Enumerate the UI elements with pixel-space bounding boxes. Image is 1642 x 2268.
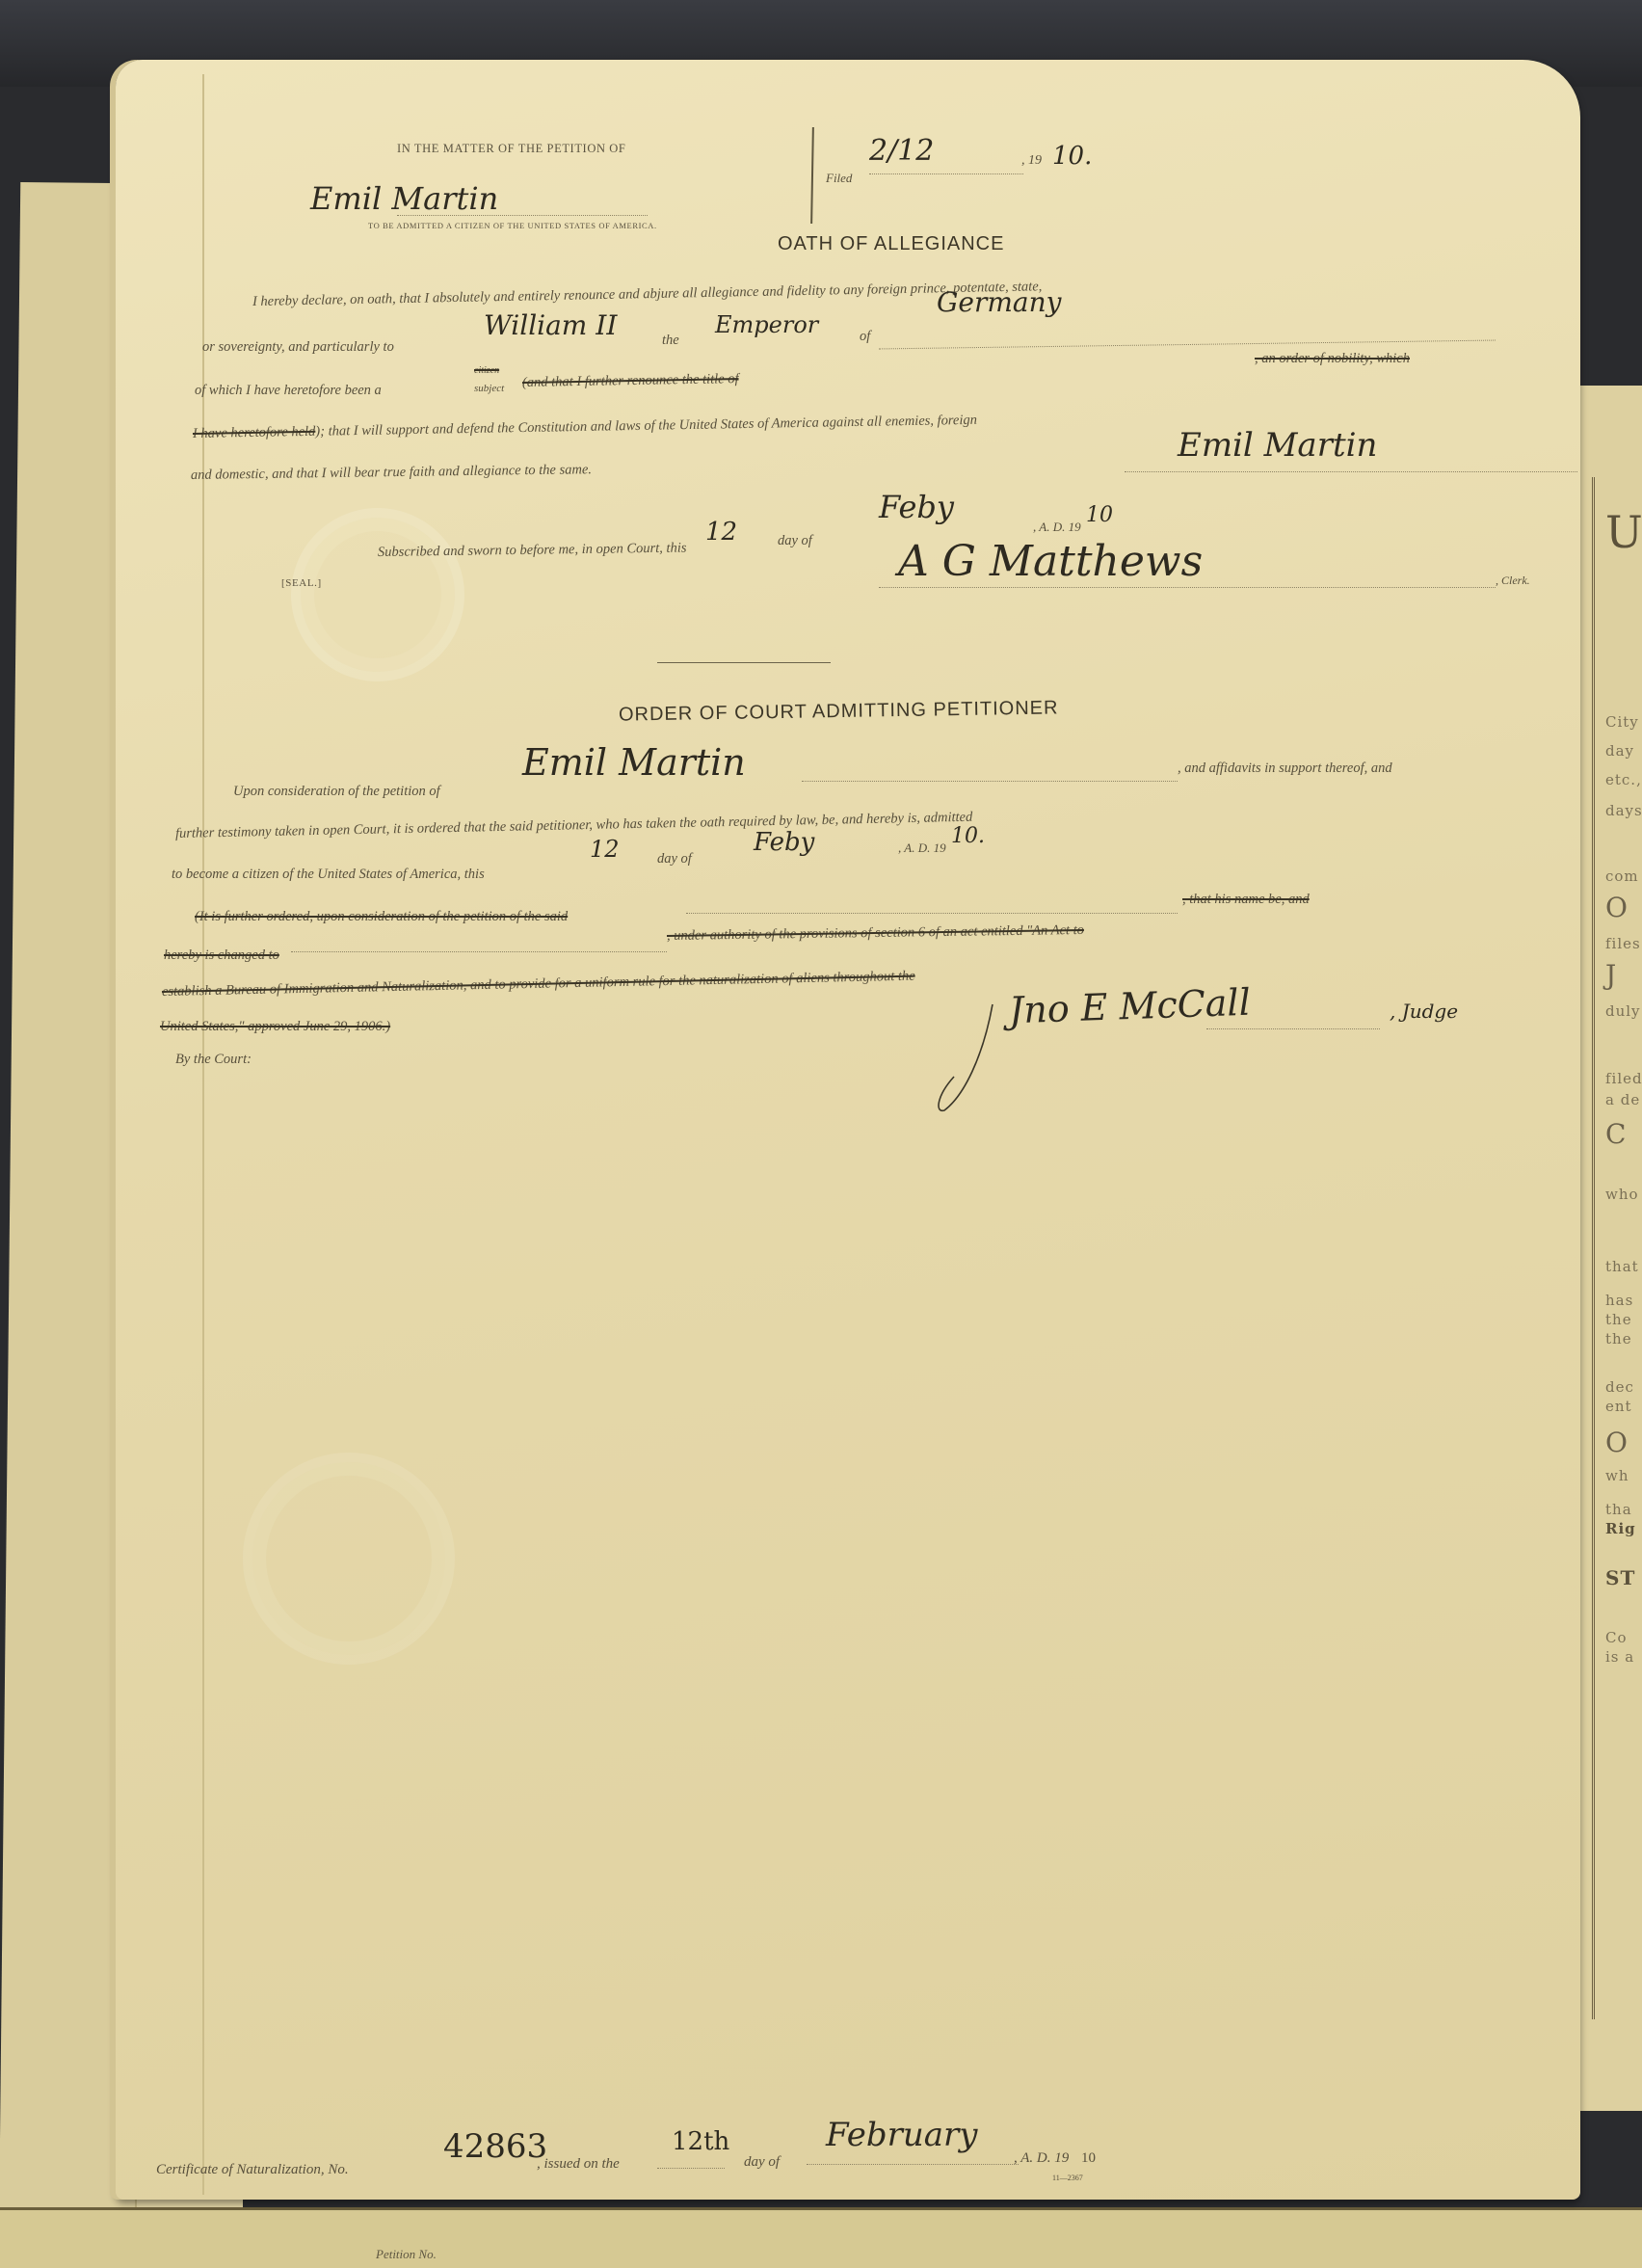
- fragment: that: [1605, 1258, 1639, 1275]
- filed-label: Filed: [826, 171, 852, 186]
- fragment: dec: [1605, 1378, 1634, 1396]
- fragment: files: [1605, 935, 1641, 952]
- fragment: filed: [1605, 1070, 1642, 1087]
- fragment: day: [1605, 742, 1634, 760]
- fragment: days: [1605, 802, 1642, 819]
- struck-name-change-2-b: , under authority of the provisions of s…: [667, 922, 1084, 945]
- adjacent-page-frame: [1592, 477, 1642, 2019]
- issued-day: 12th: [672, 2127, 729, 2156]
- fragment: wh: [1605, 1467, 1629, 1484]
- document-page: IN THE MATTER OF THE PETITION OF Emil Ma…: [116, 60, 1580, 2200]
- fragment: who: [1605, 1186, 1639, 1203]
- oath-title: OATH OF ALLEGIANCE: [778, 233, 1004, 255]
- subject-word: subject: [474, 383, 504, 394]
- embossed-seal: [291, 508, 464, 681]
- header-divider: [810, 127, 814, 224]
- fragment: etc.,: [1605, 771, 1642, 788]
- order-month: Feby: [754, 828, 814, 857]
- handwriting-fragment: C: [1605, 1118, 1627, 1150]
- struck-held: I have heretofore held: [193, 424, 316, 441]
- handwriting-fragment: O: [1605, 892, 1629, 923]
- struck-nobility-clause: (and that I further renounce the title o…: [522, 371, 739, 391]
- fragment: the: [1605, 1311, 1632, 1328]
- page-content: IN THE MATTER OF THE PETITION OF Emil Ma…: [202, 74, 1573, 2195]
- oath-line-4: I have heretofore held); that I will sup…: [193, 413, 977, 442]
- petition-number-stub: Petition No.: [376, 2247, 437, 2262]
- order-name-line: [802, 781, 1178, 782]
- sworn-day: 12: [705, 518, 737, 547]
- oath-line-2-the: the: [662, 333, 679, 349]
- fragment: City: [1605, 713, 1639, 731]
- issued-day-line: [657, 2168, 725, 2169]
- fragment: ST: [1605, 1566, 1635, 1589]
- order-line-1-text: Upon consideration of the petition of: [233, 784, 440, 800]
- filed-line: [869, 173, 1023, 174]
- issued-ad-label: , A. D. 19: [1014, 2150, 1069, 2167]
- struck-name-change-3: establish a Bureau of Immigration and Na…: [162, 969, 915, 1001]
- oath-line-3-text: of which I have heretofore been a: [195, 383, 382, 399]
- sworn-day-of-label: day of: [778, 533, 812, 549]
- petitioner-name: Emil Martin: [310, 180, 498, 217]
- judge-signature-flourish: [925, 1000, 1012, 1115]
- order-day-of-label: day of: [657, 851, 692, 867]
- clerk-label: , Clerk.: [1496, 574, 1530, 588]
- signature-line: [1125, 471, 1577, 472]
- sovereign-title: Emperor: [715, 311, 818, 338]
- issued-month: February: [826, 2116, 978, 2154]
- issued-label: , issued on the: [537, 2156, 620, 2173]
- country-line: [879, 340, 1496, 350]
- struck-name-change-1: (It is further ordered, upon considerati…: [195, 909, 568, 925]
- fragment: the: [1605, 1330, 1632, 1347]
- order-ad-label: , A. D. 19: [898, 840, 946, 856]
- fragment: duly: [1605, 1002, 1641, 1020]
- oath-line-2-of: of: [860, 329, 870, 345]
- struck-name-change-1-end: , that his name be, and: [1182, 892, 1310, 908]
- struck-name-change-2-a: hereby is changed to: [164, 947, 279, 964]
- order-year-suffix: 10.: [951, 824, 985, 848]
- order-title: ORDER OF COURT ADMITTING PETITIONER: [619, 697, 1059, 726]
- oath-line-1: I hereby declare, on oath, that I absolu…: [252, 279, 1043, 310]
- judge-signature: Jno E McCall: [1008, 981, 1251, 1032]
- sworn-month: Feby: [879, 489, 954, 525]
- fragment: Rig: [1605, 1520, 1636, 1537]
- issued-year-suffix: 10: [1081, 2150, 1096, 2167]
- oath-line-5: and domestic, and that I will bear true …: [191, 462, 592, 484]
- fragment: is a: [1605, 1648, 1634, 1666]
- issued-day-of-label: day of: [744, 2154, 780, 2171]
- by-court-label: By the Court:: [175, 1052, 252, 1068]
- judge-label: , Judge: [1390, 1000, 1458, 1023]
- fragment: com: [1605, 867, 1639, 885]
- certificate-number: 42863: [443, 2127, 547, 2166]
- embossed-seal-faint: [243, 1453, 455, 1665]
- order-line-1-end: , and affidavits in support thereof, and: [1178, 760, 1392, 777]
- fragment: a de: [1605, 1091, 1640, 1108]
- filed-year-suffix: 10.: [1052, 142, 1092, 171]
- petitioner-signature: Emil Martin: [1178, 426, 1377, 465]
- issued-month-line: [807, 2164, 1019, 2165]
- adjacent-page-right: U City day etc., days com O files J duly…: [1571, 386, 1642, 2111]
- oath-line-4-rest: ); that I will support and defend the Co…: [315, 413, 977, 440]
- admitted-label: TO BE ADMITTED A CITIZEN OF THE UNITED S…: [368, 221, 657, 230]
- fragment: Co: [1605, 1629, 1628, 1646]
- order-day: 12: [590, 836, 620, 863]
- oath-line-2-text: or sovereignty, and particularly to: [202, 339, 394, 356]
- seal-label: [SEAL.]: [281, 577, 322, 589]
- fragment: has: [1605, 1292, 1633, 1309]
- sworn-ad-label: , A. D. 19: [1033, 520, 1081, 535]
- sworn-year-suffix: 10: [1086, 503, 1113, 527]
- handwriting-fragment: O: [1605, 1427, 1629, 1458]
- order-line-2: further testimony taken in open Court, i…: [175, 810, 973, 842]
- changed-to-line: [291, 951, 667, 952]
- sworn-label: Subscribed and sworn to before me, in op…: [378, 541, 687, 561]
- struck-nobility-end: , an order of nobility, which: [1255, 351, 1410, 367]
- clerk-signature: A G Matthews: [898, 537, 1203, 586]
- filed-date: 2/12: [869, 134, 934, 168]
- struck-name-line: [686, 913, 1178, 914]
- petition-label: IN THE MATTER OF THE PETITION OF: [397, 142, 625, 156]
- country-name: Germany: [937, 286, 1061, 318]
- name-line: [397, 215, 648, 216]
- certificate-label: Certificate of Naturalization, No.: [156, 2162, 349, 2178]
- handwriting-fragment: J: [1605, 959, 1617, 991]
- form-code: 11—2367: [1052, 2174, 1083, 2182]
- section-divider: [657, 662, 831, 663]
- struck-citizen: citizen: [474, 365, 499, 376]
- fragment: U: [1605, 506, 1642, 558]
- order-petitioner-name: Emil Martin: [522, 741, 746, 784]
- judge-line: [1206, 1028, 1380, 1029]
- clerk-line: [879, 587, 1496, 588]
- filed-year-prefix: , 19: [1021, 153, 1042, 169]
- struck-name-change-4: United States," approved June 29, 1906.): [160, 1019, 390, 1035]
- fragment: tha: [1605, 1501, 1632, 1518]
- fragment: ent: [1605, 1398, 1632, 1415]
- order-line-3-text: to become a citizen of the United States…: [172, 867, 485, 883]
- underlying-sheet-bottom: Petition No.: [0, 2207, 1642, 2268]
- sovereign-name: William II: [484, 309, 617, 341]
